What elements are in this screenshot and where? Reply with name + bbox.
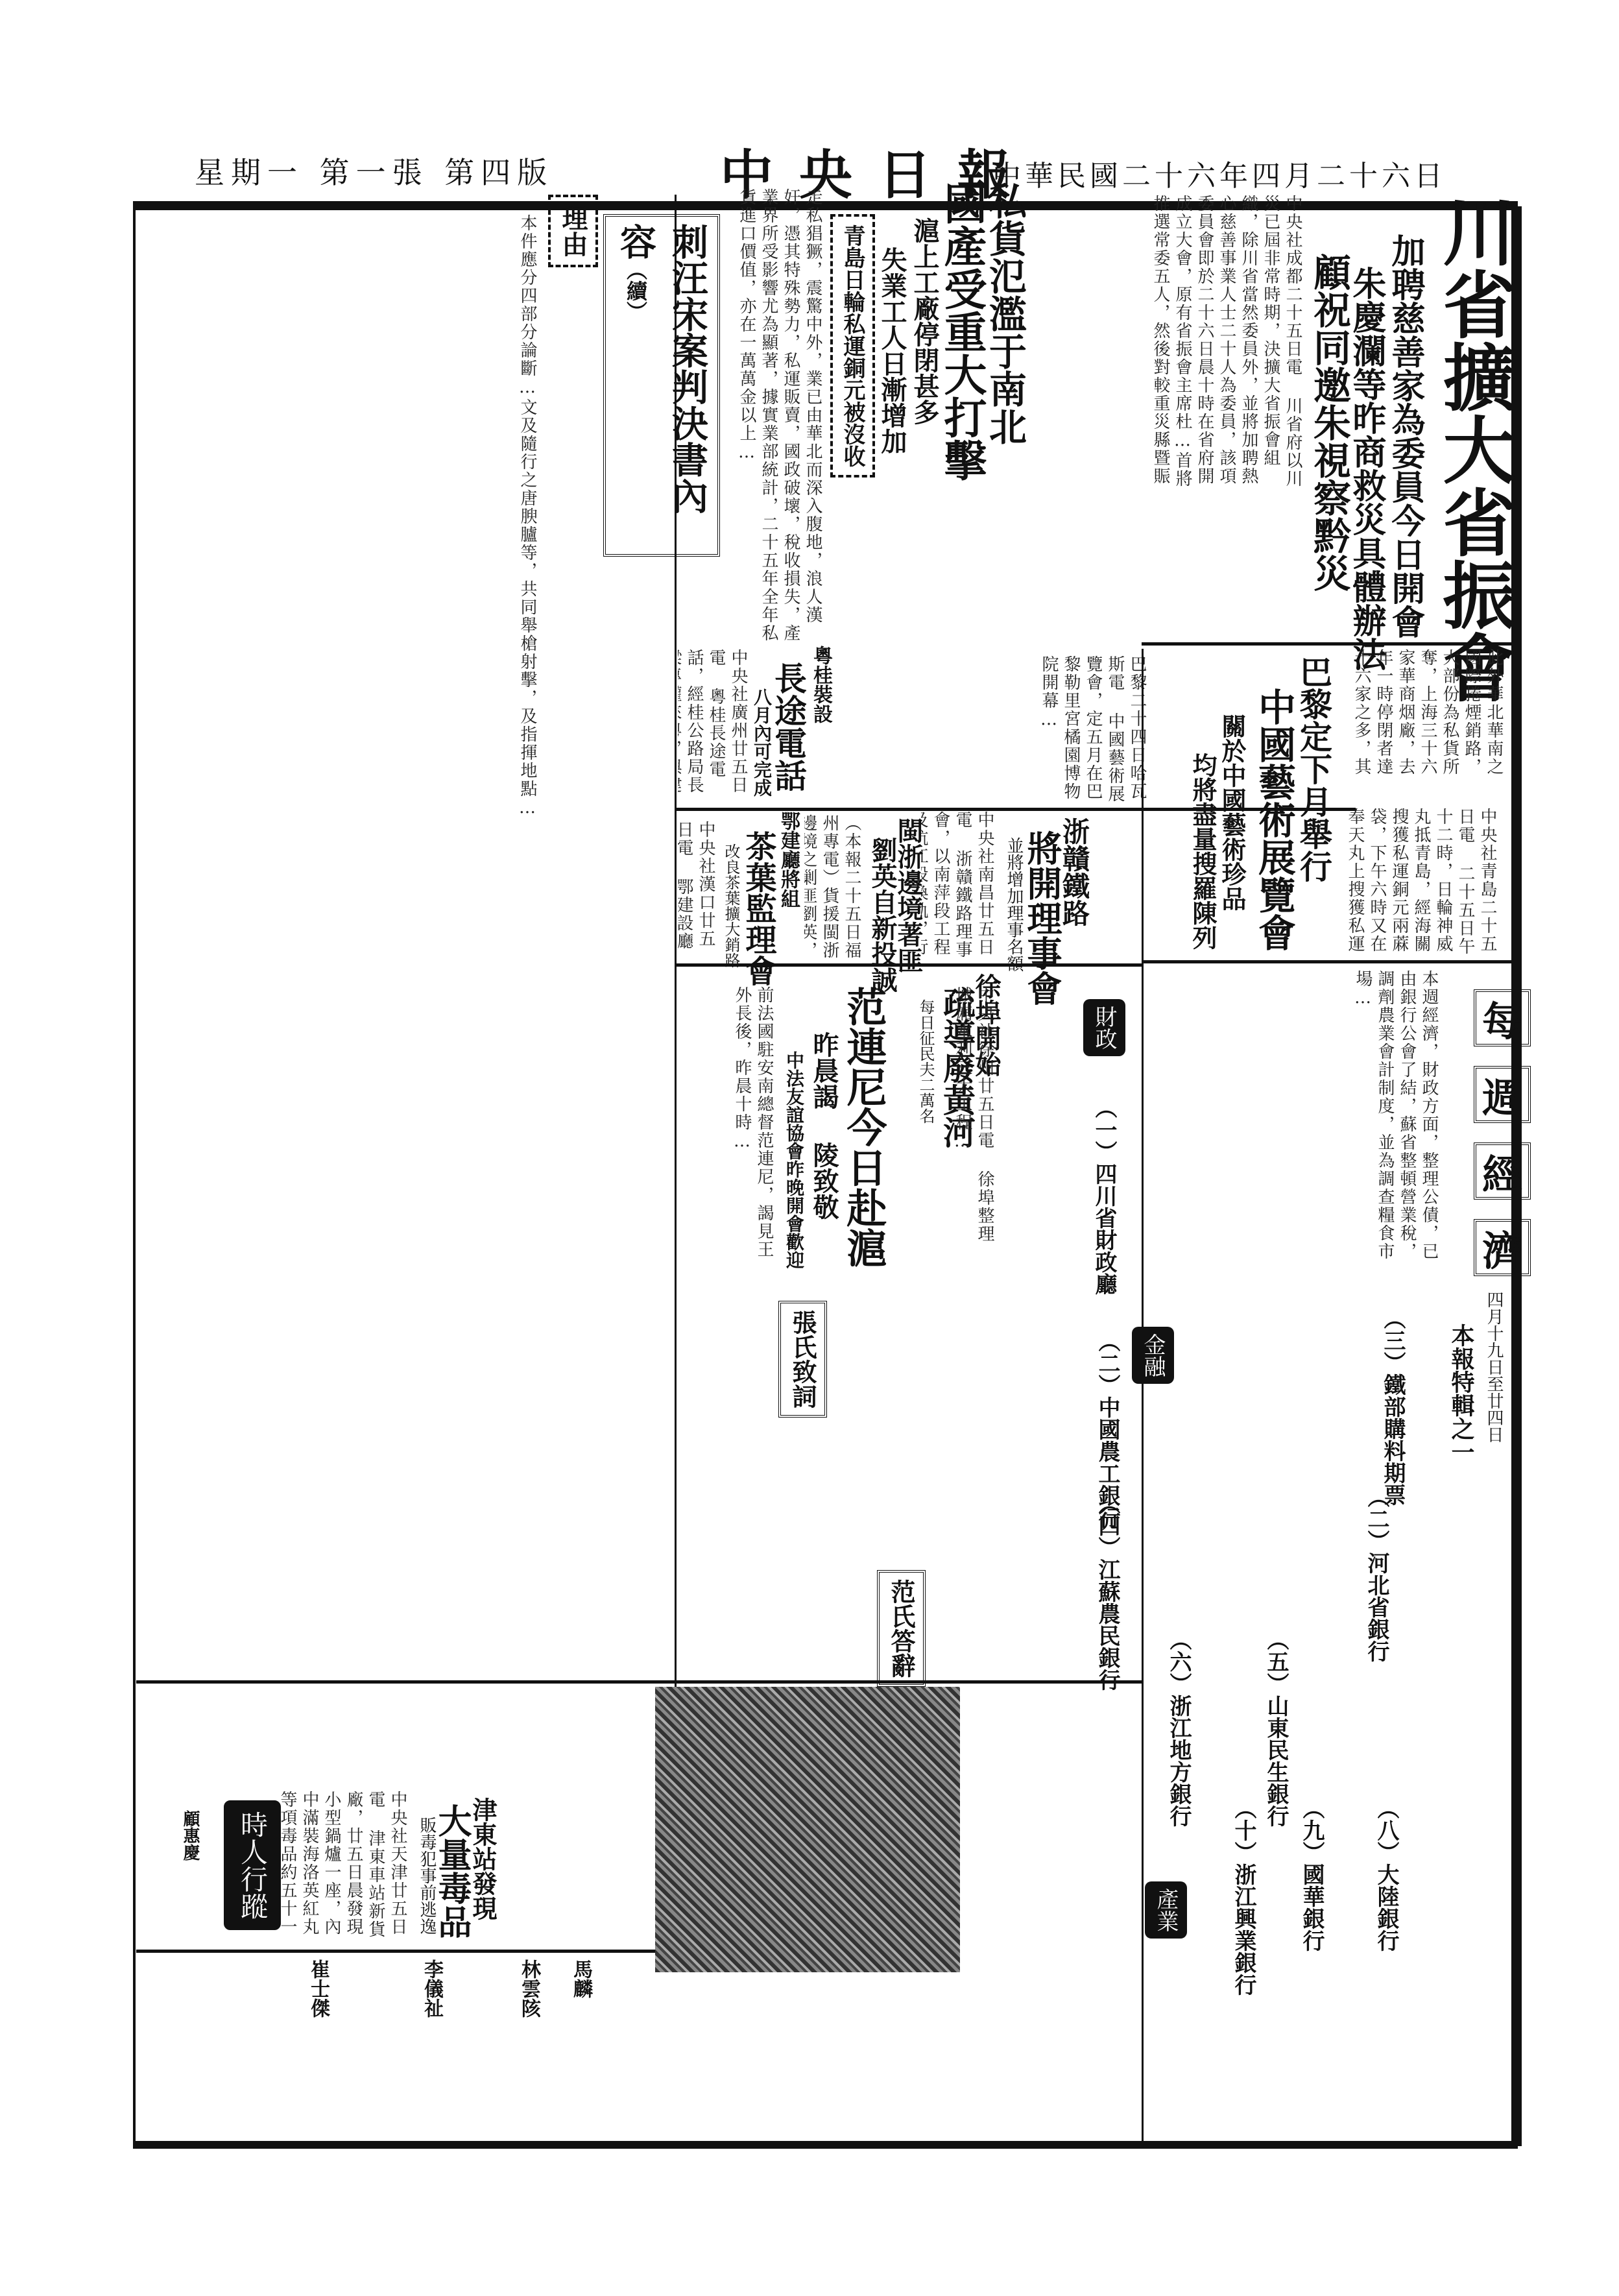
subhead-tianjin: 大量毒品: [435, 1804, 468, 1939]
weekly-char-4: 濟: [1474, 1219, 1531, 1276]
weekly-economy-body: 本週經濟，財政方面，整理公債，已由銀行公會了結，蘇省整頓營業稅，調劑農業會計制度…: [1148, 970, 1440, 1268]
box-qingdao: 青島日輪私運銅元被沒收: [830, 214, 875, 477]
divider: [136, 1950, 655, 1953]
headline-varenne: 范連尼今日赴滬: [843, 986, 883, 1268]
section-industry: 產業: [1145, 1881, 1187, 1939]
weekly-char-3: 經: [1474, 1142, 1531, 1200]
divider: [1142, 960, 1515, 963]
section-banking: 金融: [1132, 1327, 1174, 1384]
column-rule: [1142, 649, 1144, 2141]
divider: [136, 1680, 1142, 1684]
headline-paris: 巴黎定下月舉行: [1297, 655, 1330, 882]
headline-verdict: 刺汪宋案判決書內容（續）: [603, 214, 720, 557]
subhead-varenne-2: 陵致敬: [811, 1142, 837, 1220]
item-rail-bills: （三）鐵部購料期票: [1382, 1307, 1404, 1506]
headline-tea: 鄂建廳將組: [778, 811, 798, 908]
page-info: 星期一 第一張 第四版: [195, 149, 553, 192]
article-verdict-body: 本件應分四部分論斷…文及隨行之唐腴臚等，共同舉槍射擊，及指揮地點…: [143, 214, 538, 1641]
article-xuzhou-body: 中央社徐州廿五日電 徐埠整理城廂水利三大工程…: [898, 986, 996, 1259]
box-zhang-speech: 張氏致詞: [778, 1301, 827, 1418]
headline-phone: 粵桂裝設: [811, 646, 830, 723]
article-tea-body: 中央社漢口廿五日電 鄂建設廳為改進茶葉、決聯合各機關組織鄂省茶葉監理會…: [678, 821, 717, 963]
item-hebei-bank: （二）河北省銀行: [1365, 1486, 1387, 1662]
person-name: 李儀祉: [422, 1959, 441, 2018]
item-continental-bank: （八）大陸銀行: [1375, 1797, 1397, 1952]
subhead-varenne-3: 中法友誼協會昨晚開會歡迎: [785, 1051, 803, 1269]
article-tianjin-body: 中央社天津廿五日電 津東車站新貨廠，廿五日晨發現小型鍋爐一座，內中滿裝海洛英紅丸…: [279, 1791, 409, 1943]
person-name: 林雲陔: [519, 1959, 538, 2018]
item-zhejiang-industrial-bank: （十）浙江興業銀行: [1232, 1797, 1254, 1996]
subhead-smuggling-3: 失業工人日漸增加: [879, 247, 905, 454]
weekly-char-1: 每: [1474, 989, 1531, 1046]
headline-tianjin: 津東站發現: [470, 1797, 495, 1920]
weekly-economy-title: 每 週 經 濟: [1474, 989, 1531, 1296]
subhead-sichuan-1: 加聘慈善家為委員今日開會: [1388, 234, 1422, 638]
box-fan-reply: 范氏答辭: [877, 1570, 926, 1687]
subhead-railway: 將開理事會: [1025, 830, 1060, 1006]
article-phone-body: 中央社廣州廿五日電 粵桂長途電話，經桂公路局長梁專權來粵，與建設廳會商就緒…: [678, 649, 749, 798]
person-name: 顧惠慶: [182, 1810, 198, 1861]
headline-smuggling: 私貨氾濫于南北: [986, 182, 1024, 445]
article-railway-body: 中央社南昌廿五日電 浙贛鐵路理事會，以南萍段工程及杭江段換軌，行將完成，定下月開…: [921, 811, 996, 960]
item-jiangsu-bank: （四）江蘇農民銀行: [1096, 1492, 1118, 1691]
divider: [1142, 642, 1515, 646]
headline-fujian: 閩浙邊境著匪: [895, 817, 921, 973]
subhead-sichuan-2: 朱慶瀾等昨商救災具體辦法: [1349, 266, 1383, 671]
article-qingdao-body: 中央社青島二十五日電 二十五日午十二時，日輪神威丸抵青島，經海關搜獲私運銅元兩蔴…: [1343, 808, 1498, 970]
person-name: 馬麟: [571, 1959, 590, 1998]
subhead-varenne-1: 昨晨謁: [811, 1032, 837, 1109]
item-guohua-bank: （九）國華銀行: [1301, 1797, 1323, 1952]
headline-sichuan: 川省擴大省振會: [1437, 195, 1509, 703]
people-box-label: 時人行蹤: [224, 1800, 281, 1930]
weekly-date: 四月十九日至廿四日: [1482, 1291, 1506, 1443]
divider: [675, 963, 1142, 967]
bottom-rule: [133, 2141, 1518, 2149]
continued-mark: （續）: [623, 260, 648, 322]
subhead-phone-2: 八月內可完成: [752, 688, 771, 797]
note-railway: 並將增加理事名額: [1002, 837, 1026, 972]
column-rule: [675, 195, 677, 1687]
article-sichuan-body: 中央社成都二十五日電 川省府以川災已屆非常時期，決擴大省振會組織，除川省當然委員…: [1148, 195, 1304, 500]
article-paris-body: 巴黎二十四日哈瓦斯電 中國藝術展覽會，定五月在巴黎勒里宮橘園博物院開幕…: [837, 655, 1148, 808]
issue-date: 中華民國二十六年四月二十六日: [992, 152, 1446, 194]
subhead-sichuan-3: 顧祝同邀朱視察黔災: [1310, 253, 1348, 592]
note-tianjin: 販毒犯事前逃逸: [415, 1817, 439, 1935]
subhead-smuggling-2: 滬上工廠停閉甚多: [911, 217, 937, 425]
article-varenne-body: 前法國駐安南總督范連尼，謁見王外長後，昨晨十時…: [678, 986, 775, 1259]
section-label-reason: 理由: [548, 195, 598, 267]
person-name: 崔士傑: [308, 1959, 328, 2018]
subhead-smuggling-1: 國產受重大打擊: [941, 182, 983, 481]
note-tea: 改良茶葉擴大銷路: [720, 843, 743, 968]
subhead-paris-2: 關於中國藝術珍品: [1219, 714, 1244, 911]
group-photo: [655, 1687, 960, 1972]
item-zhejiang-bank: （六）浙江地方銀行: [1168, 1628, 1190, 1827]
item-shandong-bank: （五）山東民生銀行: [1265, 1628, 1287, 1827]
subhead-paris-1: 中國藝術展覽會: [1255, 688, 1293, 951]
article-fujian-body: （本報二十五日福州專電）貨援閩浙邊境之剿匪劉英，因兩省軍隊嚴剿，實力全失，已派員…: [804, 814, 863, 963]
subhead-fujian: 劉英自新投誠: [869, 837, 895, 993]
subhead-tea: 茶葉監理會: [743, 830, 774, 986]
weekly-special: 本報特輯之一: [1450, 1323, 1473, 1464]
headline-railway: 浙贛鐵路: [1061, 817, 1088, 926]
article-north-south-body: 此外華北華南之國際捲煙銷路，大部份為私貨所奪，上海三十六家華商烟廠，去年一時停閉…: [1349, 649, 1505, 779]
section-finance: 財政: [1083, 999, 1125, 1056]
weekly-char-2: 週: [1474, 1066, 1531, 1123]
subhead-paris-3: 均將盡量搜羅陳列: [1190, 753, 1215, 950]
subhead-phone-1: 長途電話: [772, 662, 804, 792]
item-sichuan-finance: （一）四川省財政廳: [1093, 1096, 1115, 1295]
